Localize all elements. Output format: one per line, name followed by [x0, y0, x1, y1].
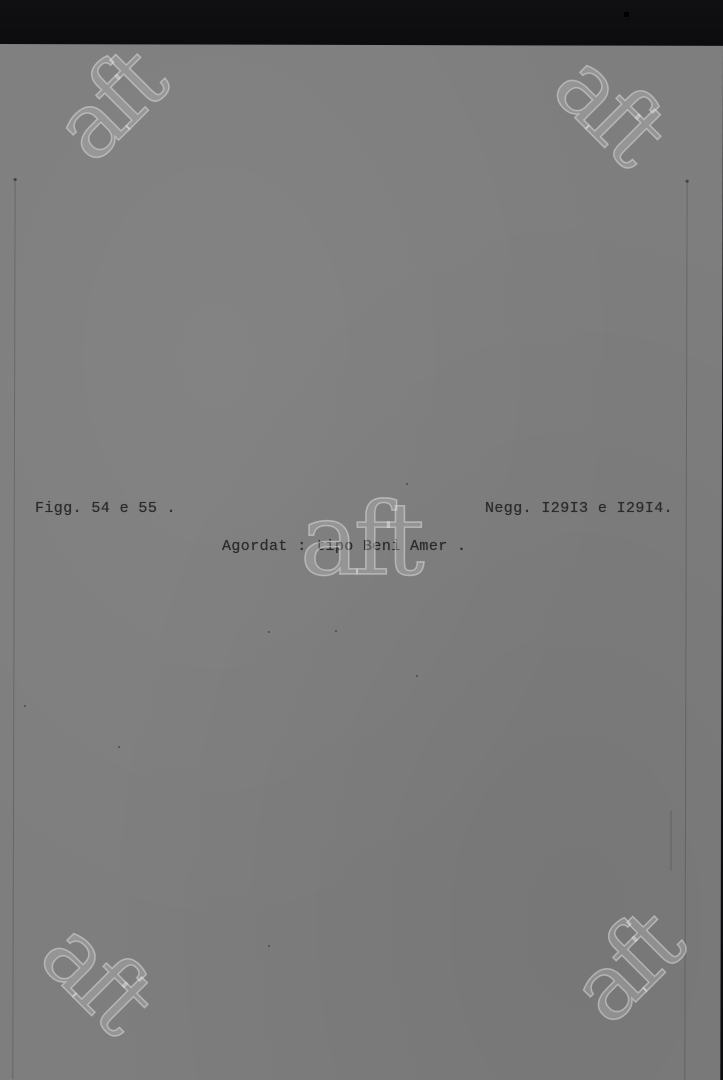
paper-speck [268, 631, 270, 633]
paper-speck [335, 630, 337, 632]
right-margin-rule [684, 181, 687, 1080]
paper-speck [416, 675, 418, 677]
scanned-page: aft aft aft aft Figg. 54 e 55 . Negg. I2… [0, 0, 723, 1080]
negatives-reference: Negg. I29I3 e I29I4. [485, 500, 673, 517]
rule-mark [686, 180, 689, 183]
paper-speck [24, 705, 26, 707]
paper-speck [268, 945, 270, 947]
paper-speck [118, 746, 120, 748]
paper-speck [406, 483, 408, 485]
rule-mark [14, 178, 17, 181]
scan-speck [624, 12, 629, 17]
figures-reference: Figg. 54 e 55 . [35, 500, 176, 517]
paper-scratch [670, 811, 672, 871]
watermark-center: aft [300, 490, 419, 590]
left-margin-rule [12, 179, 15, 1079]
